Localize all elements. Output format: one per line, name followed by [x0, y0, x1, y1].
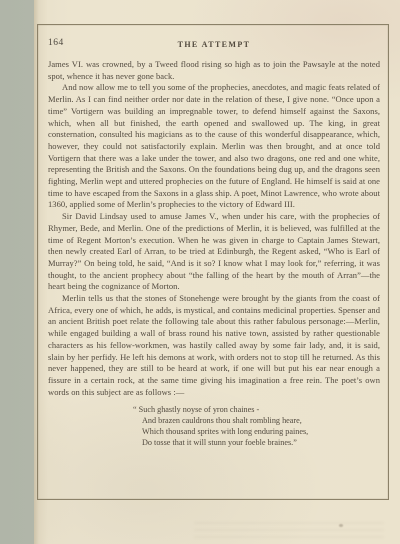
- body-text: James VI. was crowned, by a Tweed flood …: [48, 59, 380, 398]
- scan-background: 164 THE ATTEMPT James VI. was crowned, b…: [0, 0, 400, 544]
- verse-line: And brazen cauldrons thou shalt rombling…: [142, 416, 380, 427]
- page-header: 164 THE ATTEMPT: [48, 36, 380, 52]
- paragraph: Merlin tells us that the stones of Stone…: [48, 293, 380, 398]
- scan-speck: [339, 524, 343, 527]
- page-show-through: [194, 522, 384, 538]
- verse-block: “ Such ghastly noyse of yron chaines - A…: [48, 405, 380, 448]
- verse-line: “ Such ghastly noyse of yron chaines -: [133, 405, 380, 416]
- running-title: THE ATTEMPT: [48, 40, 380, 49]
- verse-line: Do tosse that it will stunn your foeble …: [142, 438, 380, 449]
- paragraph: Sir David Lindsay used to amuse James V.…: [48, 211, 380, 293]
- text-frame: 164 THE ATTEMPT James VI. was crowned, b…: [37, 24, 389, 500]
- paragraph: James VI. was crowned, by a Tweed flood …: [48, 59, 380, 82]
- book-page: 164 THE ATTEMPT James VI. was crowned, b…: [34, 0, 400, 544]
- verse-line: Which thousand sprites with long endurin…: [142, 427, 380, 438]
- paragraph: And now allow me to tell you some of the…: [48, 82, 380, 211]
